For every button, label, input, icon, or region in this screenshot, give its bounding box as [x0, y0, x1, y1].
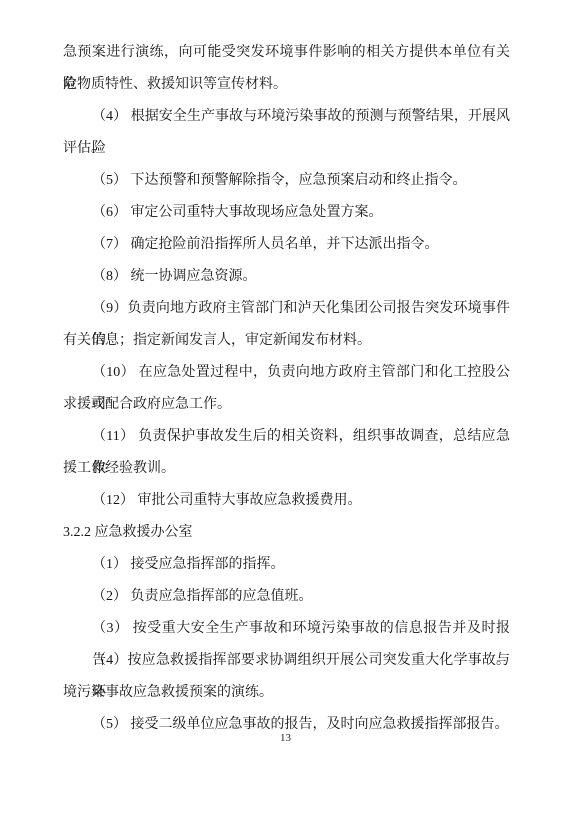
text-line: （12） 审批公司重特大事故应急救援费用。: [63, 485, 510, 517]
text-line: （2） 负责应急指挥部的应急值班。: [63, 581, 510, 613]
text-line: （11） 负责保护事故发生后的相关资料，组织事故调查，总结应急救: [63, 421, 510, 453]
text-line: （1） 接受应急指挥部的指挥。: [63, 549, 510, 581]
text-line: 险物质特性、救援知识等宣传材料。: [63, 69, 510, 101]
text-line: 急预案进行演练，向可能受突发环境事件影响的相关方提供本单位有关危: [63, 37, 510, 69]
text-line: 求援或配合政府应急工作。: [63, 389, 510, 421]
text-line: （9）负责向地方政府主管部门和泸天化集团公司报告突发环境事件的: [63, 293, 510, 325]
text-line: （5） 下达预警和预警解除指令，应急预案启动和终止指令。: [63, 165, 510, 197]
text-line: （7） 确定抢险前沿指挥所人员名单，并下达派出指令。: [63, 229, 510, 261]
text-line: 境污染事故应急救援预案的演练。: [63, 677, 510, 709]
text-line: （3） 按受重大安全生产事故和环境污染事故的信息报告并及时报告。: [63, 613, 510, 645]
text-line: （4） 根据安全生产事故与环境污染事故的预测与预警结果，开展风险: [63, 101, 510, 133]
text-line: 有关信息；指定新闻发言人，审定新闻发布材料。: [63, 325, 510, 357]
text-line: 评估。: [63, 133, 510, 165]
section-heading: 3.2.2 应急救援办公室: [63, 517, 510, 549]
text-line: （10） 在应急处置过程中，负责向地方政府主管部门和化工控股公司: [63, 357, 510, 389]
text-line: （4）按应急救援指挥部要求协调组织开展公司突发重大化学事故与环: [63, 645, 510, 677]
text-line: （8） 统一协调应急资源。: [63, 261, 510, 293]
text-line: 援工作经验教训。: [63, 453, 510, 485]
page-body: 急预案进行演练，向可能受突发环境事件影响的相关方提供本单位有关危 险物质特性、救…: [63, 37, 510, 741]
page-number: 13: [0, 730, 571, 746]
document-page: 急预案进行演练，向可能受突发环境事件影响的相关方提供本单位有关危 险物质特性、救…: [0, 0, 571, 816]
text-line: （6） 审定公司重特大事故现场应急处置方案。: [63, 197, 510, 229]
